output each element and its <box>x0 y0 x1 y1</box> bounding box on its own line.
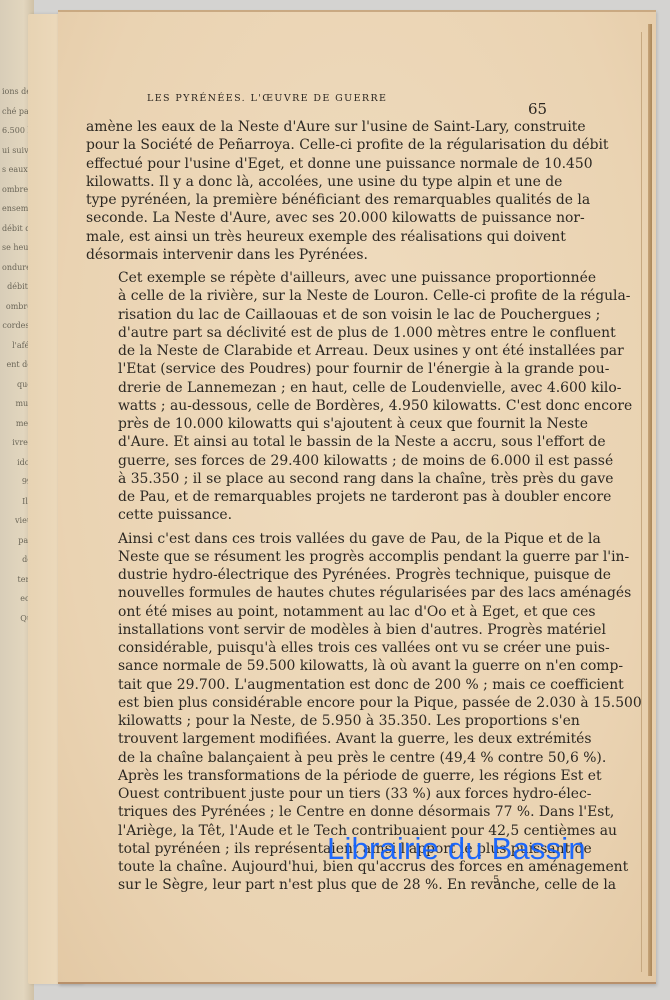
text-line: trouvent largement modifiées. Avant la g… <box>86 730 542 748</box>
text-line: male, est ainsi un très heureux exemple … <box>86 228 542 246</box>
watermark-text: Librairie du Bassin <box>327 831 586 867</box>
text-line: d'Aure. Et ainsi au total le bassin de l… <box>86 433 542 451</box>
text-line: installations vont servir de modèles à b… <box>86 621 542 639</box>
text-line: de Pau, et de remarquables projets ne ta… <box>86 488 542 506</box>
page-deckle-edge <box>648 24 652 976</box>
text-line: nouvelles formules de hautes chutes régu… <box>86 584 542 602</box>
text-line: triques des Pyrénées ; le Centre en donn… <box>86 803 542 821</box>
text-line: type pyrénéen, la première bénéficiant d… <box>86 191 542 209</box>
text-line: de la Neste de Clarabide et Arreau. Deux… <box>86 342 542 360</box>
text-line: Ainsi c'est dans ces trois vallées du ga… <box>86 530 542 548</box>
paragraph: amène les eaux de la Neste d'Aure sur l'… <box>86 118 542 264</box>
text-line: est bien plus considérable encore pour l… <box>86 694 542 712</box>
text-line: guerre, ses forces de 29.400 kilowatts ;… <box>86 452 542 470</box>
text-line: pour la Société de Peñarroya. Celle-ci p… <box>86 136 542 154</box>
text-line: à 35.350 ; il se place au second rang da… <box>86 470 542 488</box>
text-line: l'Etat (service des Poudres) pour fourni… <box>86 360 542 378</box>
text-line: Neste que se résument les progrès accomp… <box>86 548 542 566</box>
text-line: sance normale de 59.500 kilowatts, là où… <box>86 657 542 675</box>
page-edge-line <box>641 32 642 972</box>
text-line: watts ; au-dessous, celle de Bordères, 4… <box>86 397 542 415</box>
text-line: de la chaîne balançaient à peu près le c… <box>86 749 542 767</box>
text-line: tait que 29.700. L'augmentation est donc… <box>86 676 542 694</box>
text-line: amène les eaux de la Neste d'Aure sur l'… <box>86 118 542 136</box>
signature-mark: 5 <box>493 875 499 886</box>
text-line: désormais intervenir dans les Pyrénées. <box>86 246 542 264</box>
page-number: 65 <box>528 100 547 118</box>
text-line: près de 10.000 kilowatts qui s'ajoutent … <box>86 415 542 433</box>
running-head-title: Les Pyrénées. L'œuvre de guerre <box>147 93 387 104</box>
text-line: ont été mises au point, notamment au lac… <box>86 603 542 621</box>
body-text: amène les eaux de la Neste d'Aure sur l'… <box>86 118 542 895</box>
text-line: cette puissance. <box>86 506 542 524</box>
text-line: drerie de Lannemezan ; en haut, celle de… <box>86 379 542 397</box>
text-line: Ouest contribuent juste pour un tiers (3… <box>86 785 542 803</box>
text-line: considérable, puisqu'à elles trois ces v… <box>86 639 542 657</box>
text-line: risation du lac de Caillaouas et de son … <box>86 306 542 324</box>
text-line: seconde. La Neste d'Aure, avec ses 20.00… <box>86 209 542 227</box>
text-line: dustrie hydro-électrique des Pyrénées. P… <box>86 566 542 584</box>
text-line: Après les transformations de la période … <box>86 767 542 785</box>
paragraph: Cet exemple se répète d'ailleurs, avec u… <box>86 269 542 525</box>
text-line: kilowatts. Il y a donc là, accolées, une… <box>86 173 542 191</box>
text-line: kilowatts ; pour la Neste, de 5.950 à 35… <box>86 712 542 730</box>
text-line: effectué pour l'usine d'Eget, et donne u… <box>86 155 542 173</box>
text-line: Cet exemple se répète d'ailleurs, avec u… <box>86 269 542 287</box>
running-head: Les Pyrénées. L'œuvre de guerre <box>147 92 547 104</box>
text-line: d'autre part sa déclivité est de plus de… <box>86 324 542 342</box>
text-line: sur le Sègre, leur part n'est plus que d… <box>86 876 542 894</box>
text-line: à celle de la rivière, sur la Neste de L… <box>86 287 542 305</box>
